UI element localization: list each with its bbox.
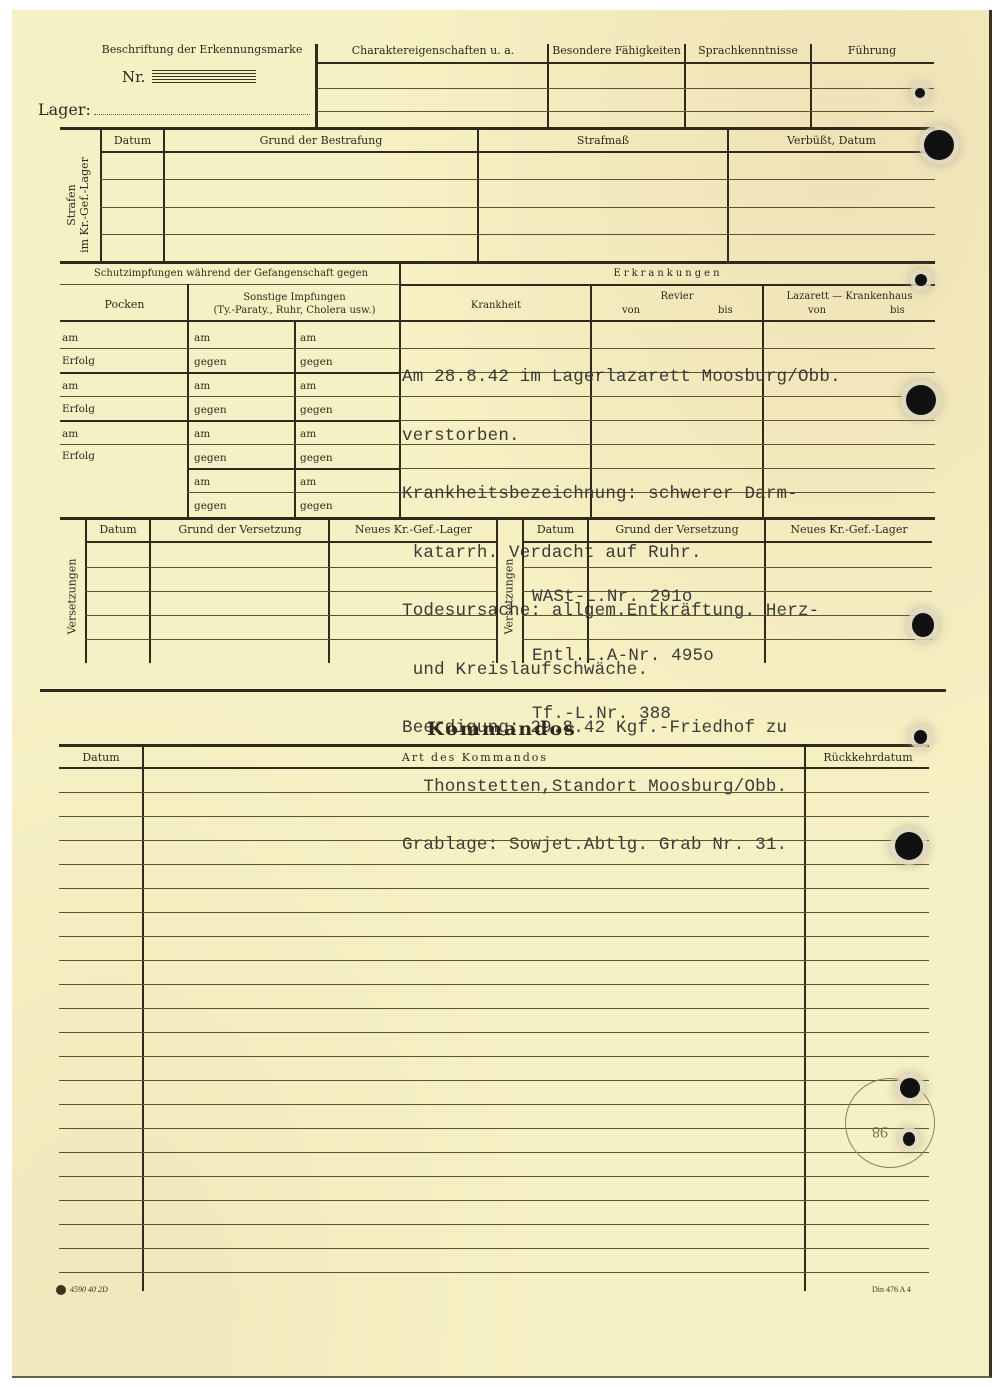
impf-cell: gegen (300, 404, 333, 416)
nr-label: Nr. (122, 68, 145, 86)
impfungen-col-sonstige-2: (Ty.-Paraty., Ruhr, Cholera usw.) (189, 304, 400, 317)
typed-line: Krankheitsbezeichnung: schwerer Darm- (402, 485, 841, 505)
impf-cell: Erfolg (62, 355, 95, 367)
punch-hole (895, 832, 923, 860)
punch-hole (924, 130, 954, 160)
impf-cell: am (194, 380, 210, 392)
print-code: 4590 40 2D (70, 1285, 108, 1294)
impf-cell: am (194, 428, 210, 440)
erk-lazarett-von: von (808, 305, 826, 316)
nr-field[interactable] (152, 70, 256, 83)
rule (60, 420, 400, 422)
rule (400, 320, 935, 322)
kommandos-col-art: Art des Kommandos (144, 751, 806, 764)
rule (85, 615, 497, 616)
lager-field[interactable] (94, 114, 310, 115)
lager-label: Lager: (38, 100, 91, 119)
rule (100, 179, 935, 180)
rule (100, 151, 935, 153)
vers-right-col-lager: Neues Kr.-Gef.-Lager (766, 523, 932, 536)
impf-cell: am (194, 476, 210, 488)
impf-cell: am (62, 428, 78, 440)
col-fuehrung: Führung (812, 44, 932, 57)
prisoner-record-card: Beschriftung der Erkennungsmarke Nr. Lag… (12, 10, 992, 1378)
col-charakter: Charaktereigenschaften u. a. (318, 44, 548, 57)
rule (59, 744, 929, 747)
impf-cell: Erfolg (62, 403, 95, 415)
rule (187, 492, 400, 493)
rule (60, 261, 935, 264)
divider (727, 129, 729, 262)
strafen-col-verbuesst: Verbüßt, Datum (729, 134, 934, 147)
versetzungen-left-side-label: Versetzungen (66, 547, 79, 647)
punch-hole (906, 385, 936, 415)
rule (100, 207, 935, 208)
rule (317, 88, 934, 89)
rule (60, 127, 935, 130)
punch-hole (903, 1132, 915, 1146)
vers-right-col-grund: Grund der Versetzung (589, 523, 765, 536)
rule (400, 284, 935, 286)
divider (477, 129, 479, 262)
kommandos-rows[interactable] (59, 769, 929, 1289)
impf-cell: gegen (194, 452, 227, 464)
rule (60, 284, 400, 285)
erk-lazarett-bis: bis (890, 305, 905, 316)
impf-cell: gegen (194, 404, 227, 416)
erk-col-revier: Revier (592, 291, 762, 302)
fold-rule (40, 689, 946, 692)
col-faehigkeiten: Besondere Fähigkeiten (549, 44, 684, 57)
strafen-col-strafmass: Strafmaß (479, 134, 727, 147)
din-label: Din 476 A 4 (872, 1285, 911, 1294)
rule (60, 372, 400, 374)
printer-logo-icon (56, 1285, 66, 1295)
vers-left-col-lager: Neues Kr.-Gef.-Lager (330, 523, 497, 536)
impfungen-title: Schutzimpfungen während der Gefangenscha… (62, 268, 400, 279)
versetzungen-right-side-label: Versetzungen (503, 547, 516, 647)
rule (85, 541, 497, 543)
vers-left-col-grund: Grund der Versetzung (151, 523, 329, 536)
rule (60, 348, 400, 349)
impf-cell: am (300, 380, 316, 392)
typed-line: verstorben. (402, 427, 841, 447)
erk-revier-bis: bis (718, 305, 733, 316)
impfungen-col-sonstige-1: Sonstige Impfungen (189, 291, 400, 304)
erk-col-lazarett: Lazarett — Krankenhaus (764, 291, 935, 302)
punch-hole (915, 274, 927, 286)
strafen-side-label: Strafen im Kr.-Gef.-Lager (65, 135, 91, 275)
impf-cell: gegen (300, 356, 333, 368)
typed-line: WASt-L.Nr. 291o (532, 588, 714, 608)
rule (522, 541, 932, 543)
impf-cell: Erfolg (62, 450, 95, 462)
rule (317, 62, 934, 64)
impf-cell: am (62, 380, 78, 392)
impfungen-col-pocken: Pocken (62, 298, 187, 311)
vers-left-col-datum: Datum (87, 523, 149, 536)
punch-hole (900, 1078, 920, 1098)
impf-cell: gegen (194, 500, 227, 512)
rule (85, 591, 497, 592)
impf-cell: am (300, 428, 316, 440)
strafen-side-label-2: im Kr.-Gef.-Lager (78, 135, 91, 275)
erk-revier-von: von (622, 305, 640, 316)
impf-cell: gegen (300, 500, 333, 512)
impf-cell: gegen (194, 356, 227, 368)
rule (187, 468, 400, 470)
punch-hole (912, 613, 934, 637)
kommandos-col-datum: Datum (59, 751, 143, 764)
impf-cell: gegen (300, 452, 333, 464)
rule (60, 396, 400, 397)
impf-cell: am (194, 332, 210, 344)
rule (100, 234, 935, 235)
divider (163, 129, 165, 262)
strafen-col-datum: Datum (102, 134, 163, 147)
typed-line: Am 28.8.42 im Lagerlazarett Moosburg/Obb… (402, 368, 841, 388)
divider (100, 129, 102, 262)
stamp-number: 98 (872, 1122, 888, 1140)
rule (60, 320, 400, 322)
punch-hole (915, 88, 925, 98)
kommandos-col-rueckkehr: Rückkehrdatum (807, 751, 929, 764)
erk-col-krankheit: Krankheit (401, 300, 591, 311)
vers-right-col-datum: Datum (524, 523, 587, 536)
impf-cell: am (300, 476, 316, 488)
kommandos-title: Kommandos (12, 718, 992, 740)
rule (60, 444, 400, 445)
impf-cell: am (62, 332, 78, 344)
stamp-circle (845, 1078, 935, 1168)
strafen-col-grund: Grund der Bestrafung (165, 134, 477, 147)
erkrankungen-title: Erkrankungen (401, 268, 935, 279)
rule (85, 567, 497, 568)
col-sprachen: Sprachkenntnisse (686, 44, 810, 57)
strafen-side-label-1: Strafen (65, 135, 78, 275)
typed-line: Entl.L.A-Nr. 495o (532, 647, 714, 667)
tag-label: Beschriftung der Erkennungsmarke (82, 43, 322, 56)
rule (317, 111, 934, 112)
rule (85, 639, 497, 640)
punch-hole (914, 730, 927, 744)
impf-cell: am (300, 332, 316, 344)
impfungen-col-sonstige: Sonstige Impfungen (Ty.-Paraty., Ruhr, C… (189, 291, 400, 317)
